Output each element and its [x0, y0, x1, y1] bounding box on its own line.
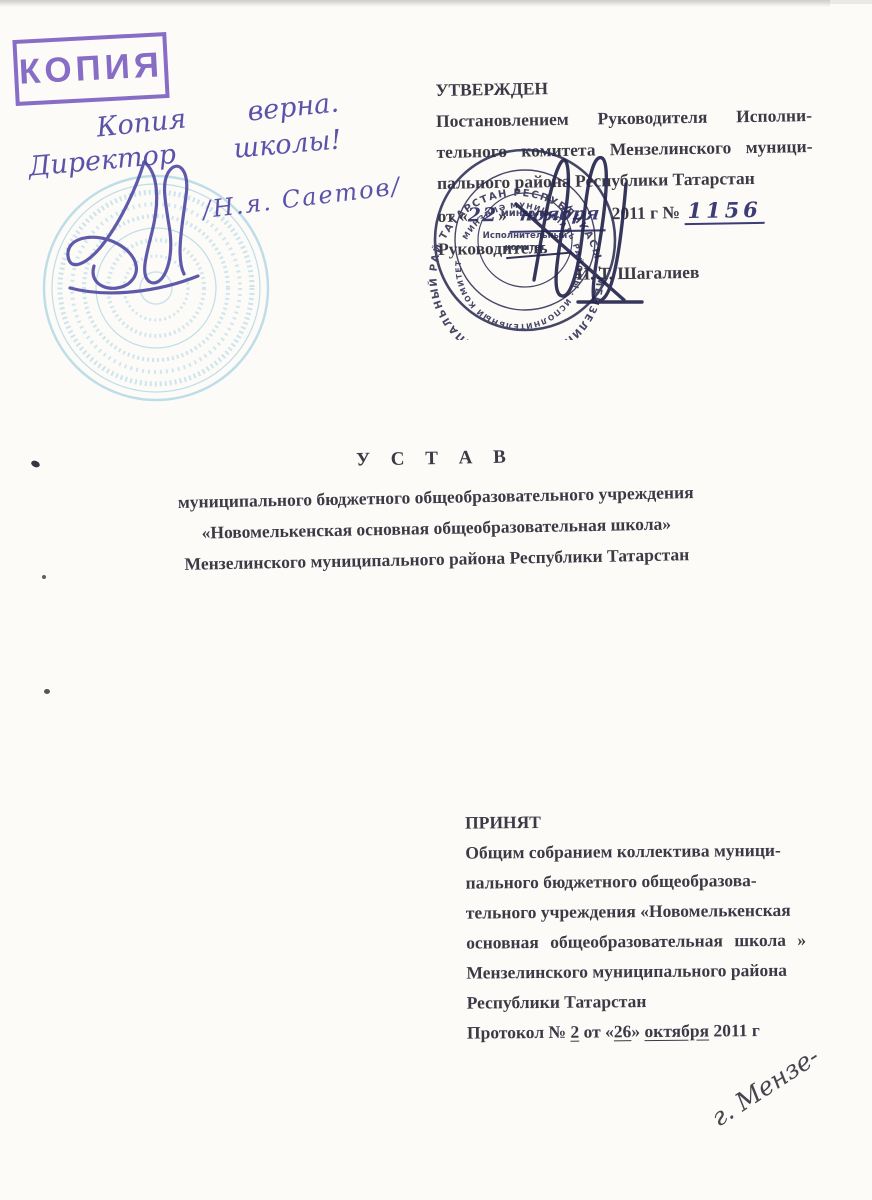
accepted-block: ПРИНЯТ Общим собранием коллектива муници…	[465, 804, 839, 1047]
copy-stamp: КОПИЯ	[12, 32, 169, 106]
protocol-year: 2011 г	[713, 1020, 760, 1040]
protocol-mid: от «	[583, 1021, 613, 1041]
protocol-number: 2	[570, 1022, 579, 1042]
charter-title: У С Т А В	[0, 440, 871, 479]
accepted-line: Мензелинского муниципального района	[466, 954, 838, 987]
charter-title-block: У С Т А В муниципального бюджетного обще…	[0, 440, 872, 584]
ink-speck	[42, 575, 46, 579]
protocol-line: Протокол № 2 от «26» октября 2011 г	[467, 1014, 839, 1047]
protocol-day: 26	[614, 1021, 632, 1041]
handwritten-word: Копия	[95, 103, 188, 143]
accepted-heading: ПРИНЯТ	[465, 804, 837, 837]
accepted-line: основная общеобразовательная школа »	[466, 924, 838, 957]
head-signature	[508, 152, 668, 312]
protocol-month: октября	[644, 1021, 709, 1042]
protocol-close-quote: »	[631, 1021, 640, 1041]
accepted-line: Общим собранием коллектива муници-	[465, 834, 837, 867]
handwritten-doc-number: 1156	[684, 197, 765, 225]
protocol-prefix: Протокол №	[467, 1022, 566, 1043]
ink-speck	[44, 689, 50, 694]
director-signature	[48, 148, 228, 308]
accepted-line: пального бюджетного общеобразова-	[465, 864, 837, 897]
scanner-edge-artifact-right	[830, 0, 872, 4]
copy-stamp-label: КОПИЯ	[18, 45, 164, 92]
accepted-line: тельного учреждения «Новомелькенская	[466, 894, 838, 927]
scanner-edge-artifact	[0, 0, 830, 7]
handwritten-word: верна.	[246, 87, 340, 127]
handwritten-city-note: г. Мензе-	[706, 1041, 824, 1132]
scanned-charter-page: КОПИЯ Копияверна. Директоршколы! /Н.я. С…	[0, 0, 872, 1200]
handwritten-word: школы!	[232, 124, 342, 164]
accepted-line: Республики Татарстан	[467, 984, 839, 1017]
